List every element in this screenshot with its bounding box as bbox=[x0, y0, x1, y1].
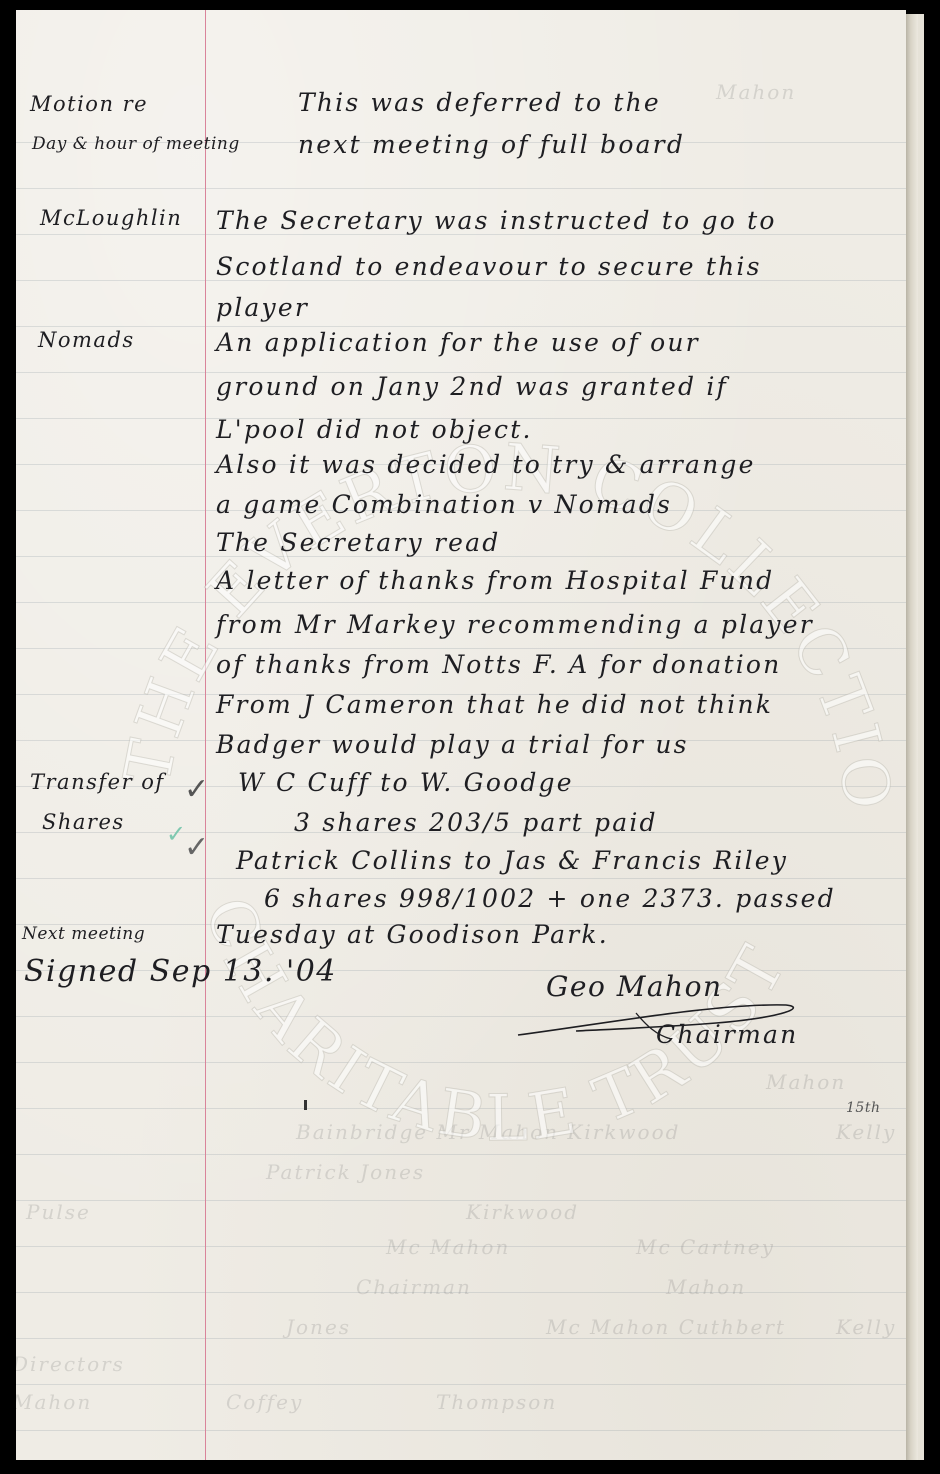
entry-line: Also it was decided to try & arrange bbox=[216, 450, 756, 479]
chairman-title: Chairman bbox=[656, 1020, 798, 1049]
entry-line: ground on Jany 2nd was granted if bbox=[216, 372, 728, 401]
entry-line: Scotland to endeavour to secure this bbox=[216, 252, 762, 281]
bleed-text: Jones bbox=[286, 1315, 351, 1339]
corner-pencil-note: 15th bbox=[846, 1100, 880, 1116]
rule-line bbox=[16, 1384, 906, 1385]
check-mark-icon: ✓ bbox=[184, 830, 209, 865]
bleed-text: Chairman bbox=[356, 1275, 472, 1299]
entry-heading: McLoughlin bbox=[40, 206, 182, 230]
entry-line: From J Cameron that he did not think bbox=[216, 690, 773, 719]
bleed-text: Mahon bbox=[716, 80, 796, 104]
entry-heading: Transfer of bbox=[30, 770, 165, 794]
bleed-text: Directors bbox=[16, 1352, 125, 1376]
rule-line bbox=[16, 648, 906, 649]
entry-line: Tuesday at Goodison Park. bbox=[216, 920, 609, 949]
page-outer-edge bbox=[918, 14, 924, 1460]
bleed-text: Mc Mahon bbox=[386, 1235, 510, 1259]
red-margin-line bbox=[205, 10, 206, 1460]
bleed-text: Patrick Jones bbox=[266, 1160, 425, 1184]
ink-speck bbox=[304, 1100, 307, 1110]
bleed-text: Mahon bbox=[766, 1070, 846, 1094]
rule-line bbox=[16, 878, 906, 879]
bleed-text: Kirkwood bbox=[466, 1200, 579, 1224]
entry-line: 6 shares 998/1002 + one 2373. passed bbox=[264, 884, 836, 913]
entry-line: This was deferred to the bbox=[298, 88, 661, 117]
bleed-text: Thompson bbox=[436, 1390, 557, 1414]
rule-line bbox=[16, 1200, 906, 1201]
check-mark-icon: ✓ bbox=[184, 772, 209, 807]
bleed-text: Mahon bbox=[16, 1390, 92, 1414]
entry-line: A letter of thanks from Hospital Fund bbox=[216, 566, 774, 595]
entry-heading: Day & hour of meeting bbox=[32, 134, 240, 154]
entry-line: a game Combination v Nomads bbox=[216, 490, 672, 519]
rule-line bbox=[16, 326, 906, 327]
entry-line: 3 shares 203/5 part paid bbox=[294, 808, 658, 837]
bleed-text: Bainbridge Mr Mahon Kirkwood bbox=[296, 1120, 680, 1144]
entry-line: An application for the use of our bbox=[216, 328, 700, 357]
bleed-text: Pulse bbox=[26, 1200, 91, 1224]
rule-line bbox=[16, 188, 906, 189]
entry-line: Patrick Collins to Jas & Francis Riley bbox=[236, 846, 788, 875]
entry-heading: Motion re bbox=[30, 92, 148, 116]
rule-line bbox=[16, 1430, 906, 1431]
rule-line bbox=[16, 1062, 906, 1063]
entry-line: from Mr Markey recommending a player bbox=[216, 610, 814, 639]
signed-date: Signed Sep 13. '04 bbox=[24, 954, 337, 989]
entry-heading: Next meeting bbox=[22, 924, 145, 944]
entry-heading: Shares bbox=[42, 810, 125, 834]
page-binding-edge bbox=[906, 14, 918, 1460]
bleed-text: Kelly bbox=[836, 1315, 896, 1339]
bleed-text: Coffey bbox=[226, 1390, 303, 1414]
entry-line: W C Cuff to W. Goodge bbox=[238, 768, 574, 797]
rule-line bbox=[16, 602, 906, 603]
entry-line: L'pool did not object. bbox=[216, 415, 533, 444]
minute-book-page: Mahon Bainbridge Mr Mahon Kirkwood Kelly… bbox=[16, 10, 906, 1460]
bleed-text: Mahon bbox=[666, 1275, 746, 1299]
bleed-text: Kelly bbox=[836, 1120, 896, 1144]
entry-line: of thanks from Notts F. A for donation bbox=[216, 650, 781, 679]
bleed-text: Mc Cartney bbox=[636, 1235, 775, 1259]
entry-line: The Secretary read bbox=[216, 528, 500, 557]
entry-line: The Secretary was instructed to go to bbox=[216, 206, 777, 235]
entry-line: player bbox=[216, 293, 309, 322]
entry-heading: Nomads bbox=[38, 328, 135, 352]
bleed-text: Mc Mahon Cuthbert bbox=[546, 1315, 786, 1339]
entry-line: Badger would play a trial for us bbox=[216, 730, 689, 759]
rule-line bbox=[16, 1108, 906, 1109]
rule-line bbox=[16, 1154, 906, 1155]
entry-line: next meeting of full board bbox=[298, 130, 685, 159]
